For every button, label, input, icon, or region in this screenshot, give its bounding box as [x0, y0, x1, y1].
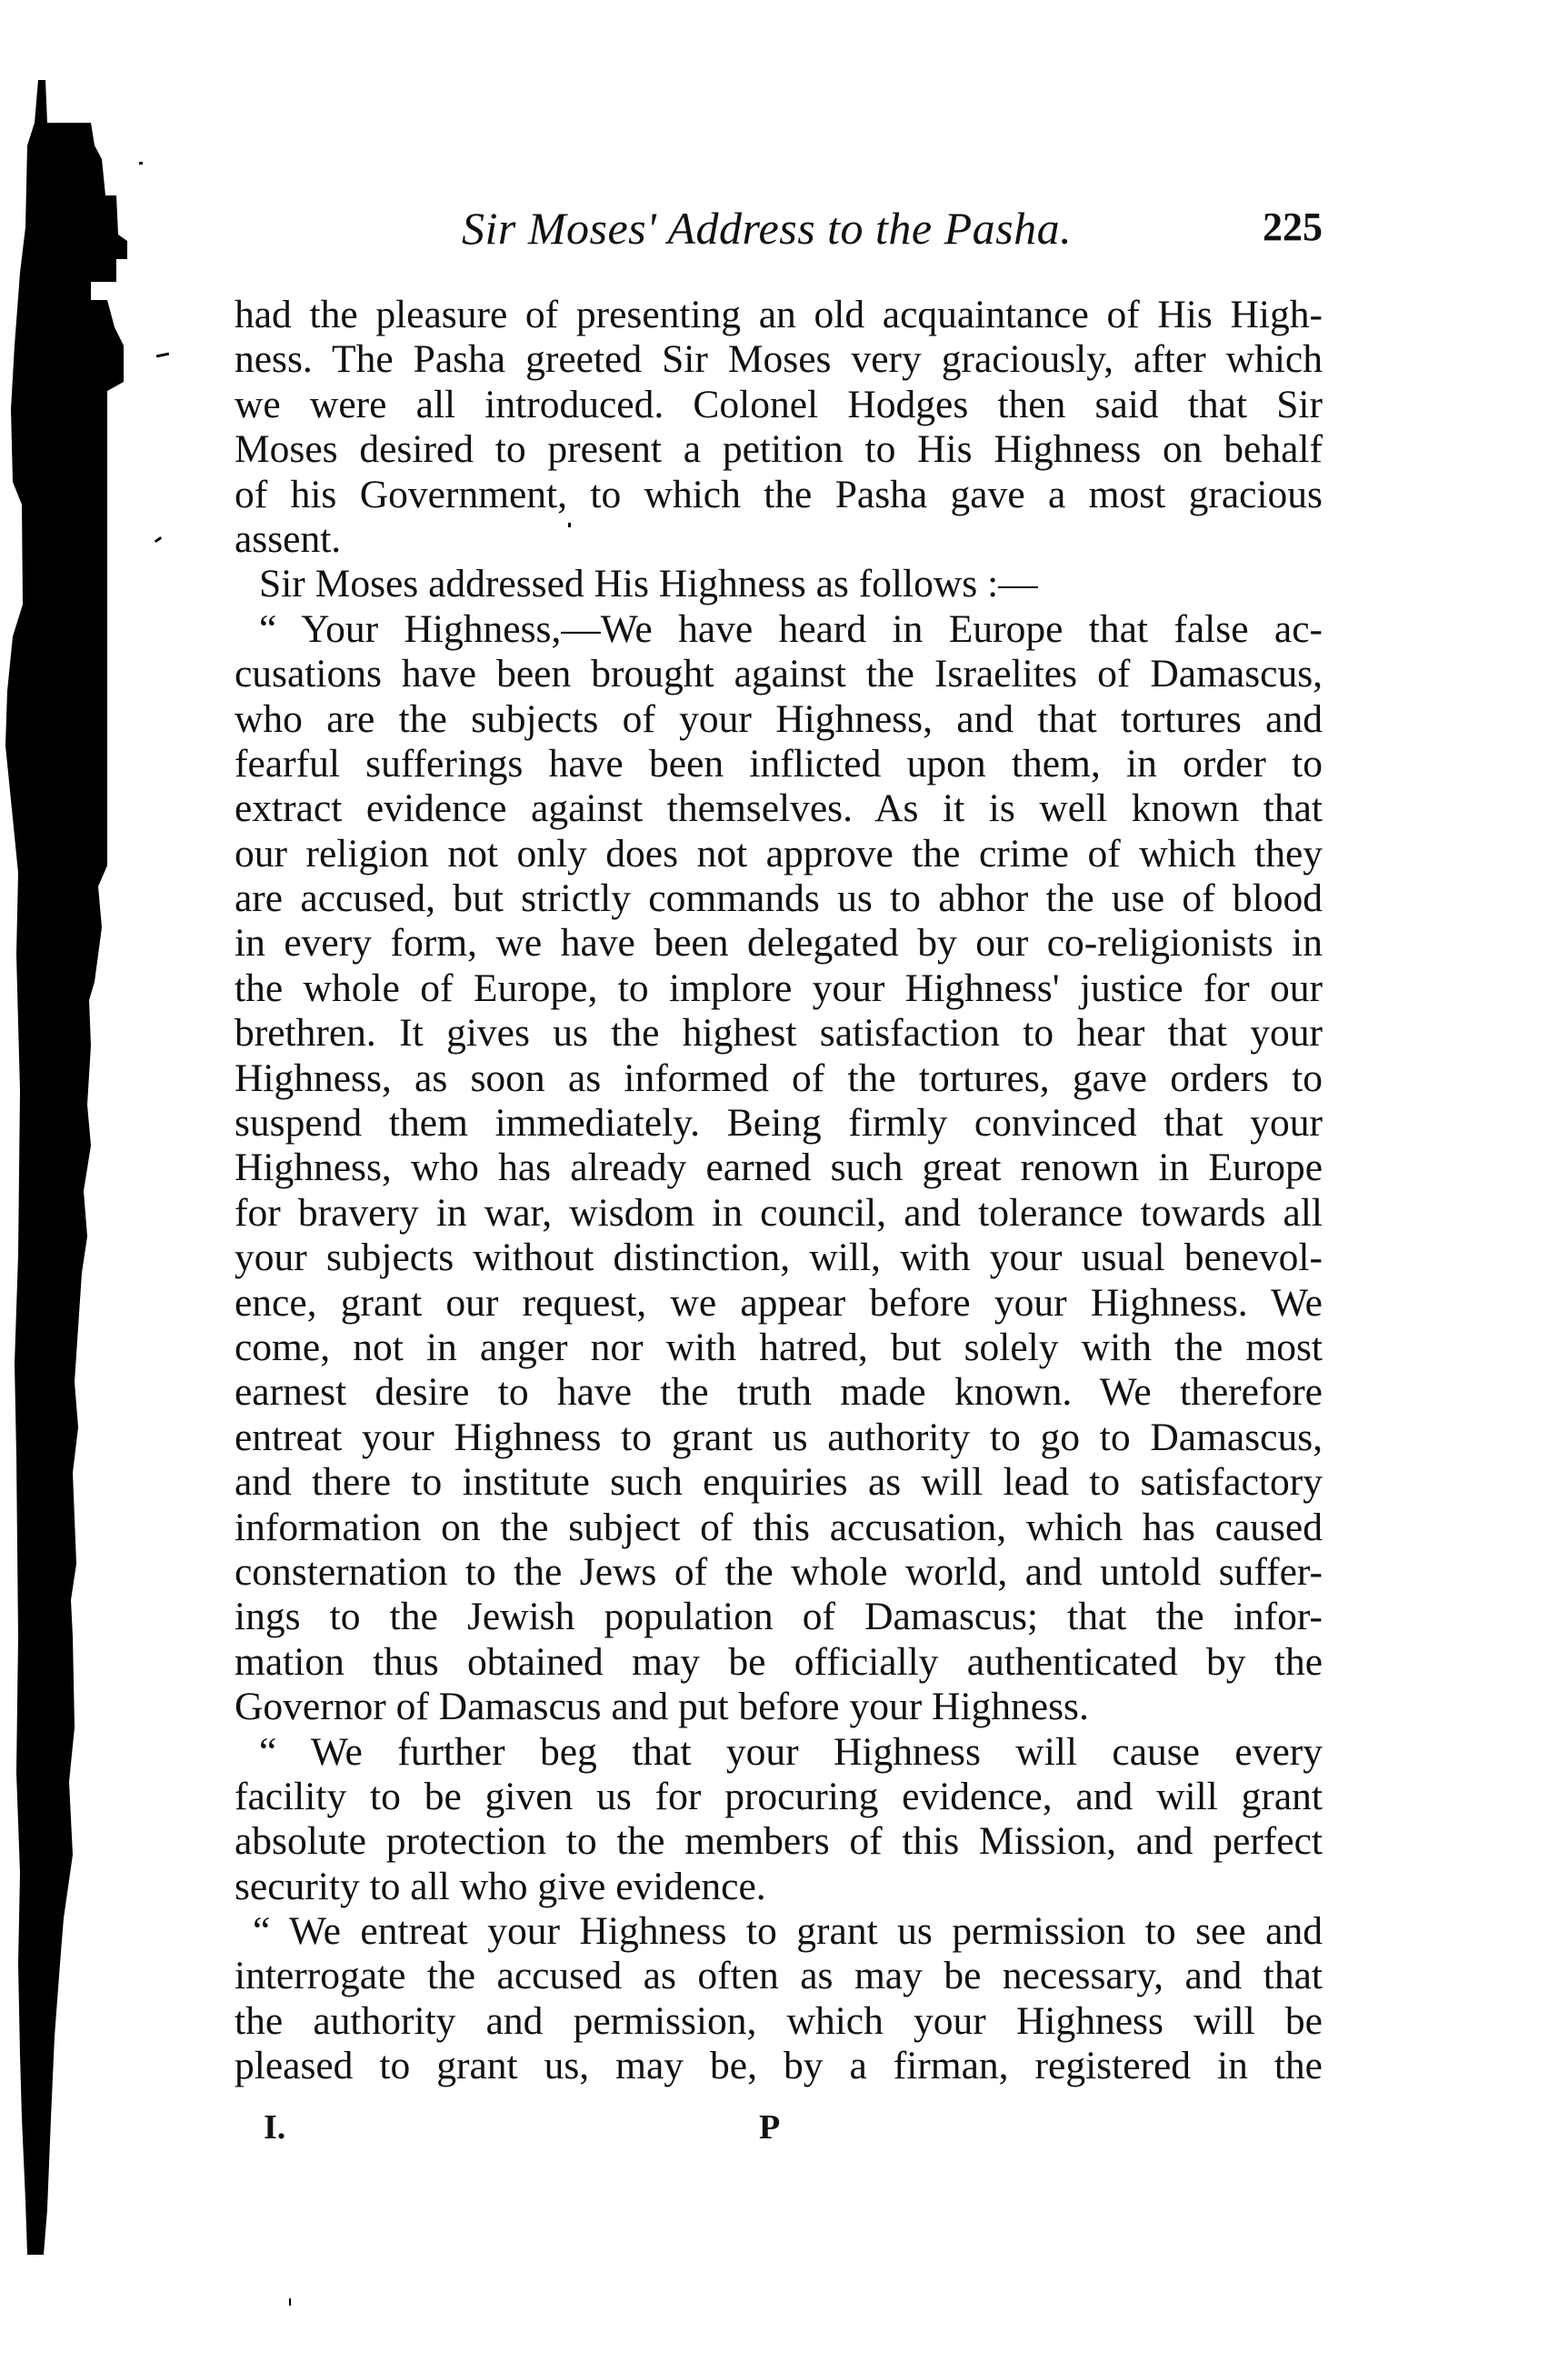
text-line: of his Government, to which the Pasha ga…: [235, 473, 1323, 517]
text-line: cusations have been brought against the …: [235, 652, 1323, 696]
text-line: Highness, who has already earned such gr…: [235, 1146, 1323, 1190]
text-line: Governor of Damascus and put before your…: [235, 1685, 1323, 1729]
text-line: facility to be given us for procuring ev…: [235, 1775, 1323, 1819]
text-line: the authority and permission, which your…: [235, 1999, 1323, 2044]
text-line: security to all who give evidence.: [235, 1865, 1323, 1909]
text-line: are accused, but strictly commands us to…: [235, 876, 1323, 921]
text-line: suspend them immediately. Being firmly c…: [235, 1101, 1323, 1146]
text-line: Sir Moses addressed His Highness as foll…: [235, 562, 1323, 606]
text-line: “ We further beg that your Highness will…: [235, 1730, 1323, 1775]
text-line: extract evidence against themselves. As …: [235, 786, 1323, 831]
text-line: your subjects without distinction, will,…: [235, 1236, 1323, 1280]
text-line: brethren. It gives us the highest satisf…: [235, 1011, 1323, 1056]
text-line: come, not in anger nor with hatred, but …: [235, 1326, 1323, 1370]
text-line: information on the subject of this accus…: [235, 1506, 1323, 1550]
text-line: entreat your Highness to grant us author…: [235, 1416, 1323, 1460]
text-line: “ Your Highness,—We have heard in Europe…: [235, 607, 1323, 652]
text-line: Highness, as soon as informed of the tor…: [235, 1056, 1323, 1101]
signature-letter: P: [759, 2107, 780, 2147]
text-line: pleased to grant us, may be, by a firman…: [235, 2044, 1323, 2088]
text-line: fearful sufferings have been inflicted u…: [235, 742, 1323, 786]
signature-volume: I.: [264, 2107, 285, 2147]
text-line: ence, grant our request, we appear befor…: [235, 1281, 1323, 1326]
text-line: interrogate the accused as often as may …: [235, 1954, 1323, 1998]
text-line: the whole of Europe, to implore your Hig…: [235, 966, 1323, 1011]
text-line: ness. The Pasha greeted Sir Moses very g…: [235, 337, 1323, 382]
text-line: our religion not only does not approve t…: [235, 832, 1323, 876]
text-line: “ We entreat your Highness to grant us p…: [235, 1909, 1323, 1954]
text-line: consternation to the Jews of the whole w…: [235, 1550, 1323, 1595]
text-line: in every form, we have been delegated by…: [235, 921, 1323, 966]
text-line: absolute protection to the members of th…: [235, 1819, 1323, 1864]
text-line: for bravery in war, wisdom in council, a…: [235, 1191, 1323, 1236]
book-page: Sir Moses' Address to the Pasha. 225 had…: [0, 0, 1568, 2372]
binding-shadow: [0, 0, 182, 2372]
body-text: had the pleasure of presenting an old ac…: [235, 293, 1323, 2089]
text-line: who are the subjects of your Highness, a…: [235, 697, 1323, 742]
text-line: assent.: [235, 517, 1323, 562]
text-line: we were all introduced. Colonel Hodges t…: [235, 383, 1323, 427]
text-line: and there to institute such enquiries as…: [235, 1460, 1323, 1505]
page-number: 225: [1263, 204, 1323, 250]
text-line: had the pleasure of presenting an old ac…: [235, 293, 1323, 337]
speck-mark: [139, 162, 143, 165]
text-line: mation thus obtained may be officially a…: [235, 1640, 1323, 1685]
text-line: ings to the Jewish population of Damascu…: [235, 1595, 1323, 1639]
text-line: earnest desire to have the truth made kn…: [235, 1370, 1323, 1415]
running-title: Sir Moses' Address to the Pasha.: [462, 202, 1072, 255]
running-head: Sir Moses' Address to the Pasha. 225: [235, 202, 1323, 256]
speck-mark: [289, 2298, 291, 2306]
text-line: Moses desired to present a petition to H…: [235, 427, 1323, 472]
